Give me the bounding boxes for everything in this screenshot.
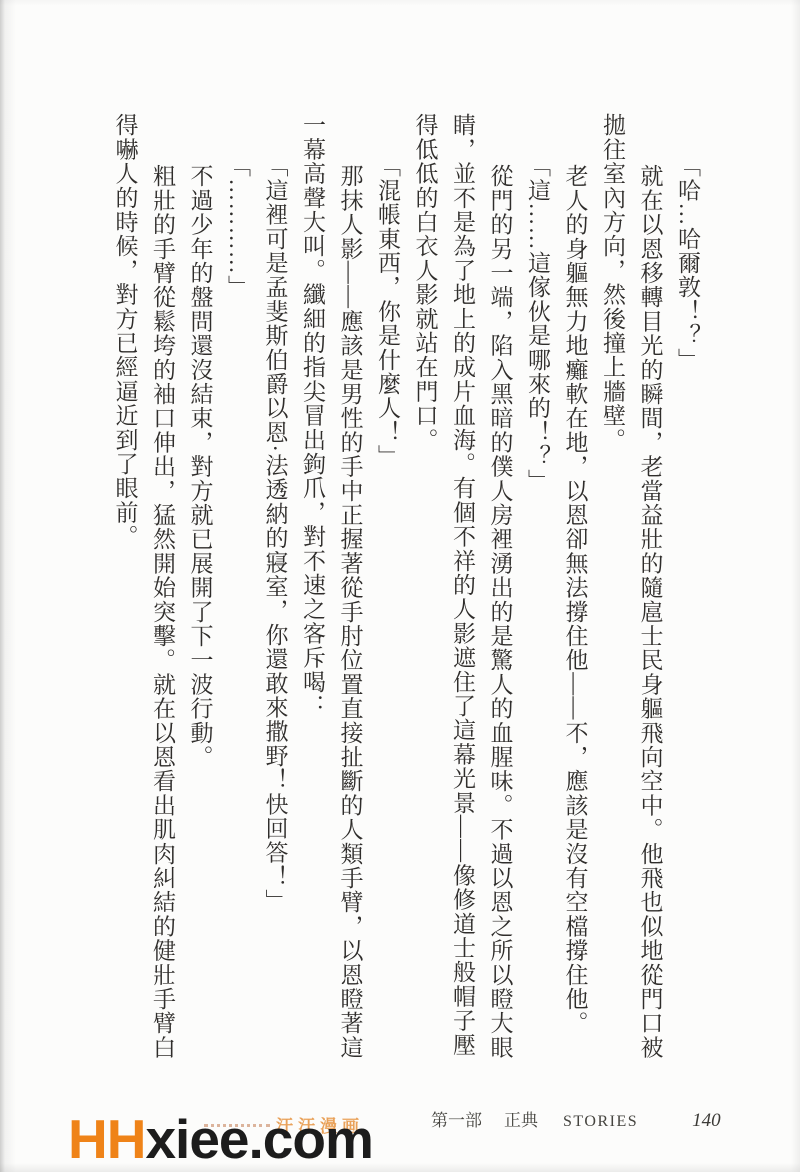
text-column: 那抹人影——應該是男性的手中正握著從手肘位置直接扯斷的人類手臂，以恩瞪著這: [331, 113, 369, 1061]
text-column: 「混帳東西，你是什麼人！」: [369, 113, 407, 1061]
text-column: 得嚇人的時候，對方已經逼近到了眼前。: [106, 113, 144, 1061]
text-column: 「…………」: [219, 113, 257, 1061]
text-column: 就在以恩移轉目光的瞬間，老當益壯的隨扈士民身軀飛向空中。他飛也似地從門口被: [631, 113, 669, 1061]
footer-part-label: 第一部: [431, 1106, 482, 1131]
text-column: 老人的身軀無力地癱軟在地，以恩卻無法撐住他——不，應該是沒有空檔撐住他。: [556, 113, 594, 1061]
text-column: 一幕高聲大叫。纖細的指尖冒出鉤爪，對不速之客斥喝：: [294, 113, 332, 1061]
footer-section-label: 正典: [504, 1106, 538, 1131]
footer-series-label: STORIES: [563, 1113, 638, 1131]
text-column: 「哈…哈爾敦！？」: [669, 113, 707, 1061]
book-page: 「哈…哈爾敦！？」 就在以恩移轉目光的瞬間，老當益壯的隨扈士民身軀飛向空中。他飛…: [0, 0, 800, 1172]
text-column: 粗壯的手臂從鬆垮的袖口伸出，猛然開始突擊。就在以恩看出肌肉糾結的健壯手臂白: [144, 113, 182, 1061]
watermark-logo: HHxiee.com: [68, 1112, 373, 1167]
vertical-text-body: 「哈…哈爾敦！？」 就在以恩移轉目光的瞬間，老當益壯的隨扈士民身軀飛向空中。他飛…: [106, 113, 706, 1061]
text-column: 得低低的白衣人影就站在門口。: [406, 113, 444, 1061]
watermark-logo-prefix: HH: [68, 1108, 145, 1170]
text-column: 拋往室內方向，然後撞上牆壁。: [594, 113, 632, 1061]
page-footer: 第一部 正典 STORIES 140: [431, 1106, 721, 1132]
text-column: 不過少年的盤問還沒結束，對方就已展開了下一波行動。: [181, 113, 219, 1061]
text-column: 「這……這傢伙是哪來的！？」: [519, 113, 557, 1061]
watermark-logo-suffix: xiee.com: [145, 1108, 372, 1170]
page-number: 140: [692, 1110, 721, 1132]
text-column: 從門的另一端，陷入黑暗的僕人房裡湧出的是驚人的血腥味。不過以恩之所以瞪大眼: [481, 113, 519, 1061]
text-column: 睛，並不是為了地上的成片血海。有個不祥的人影遮住了這幕光景——像修道士般帽子壓: [444, 113, 482, 1061]
text-column: 「這裡可是孟斐斯伯爵以恩·法透納的寢室，你還敢來撒野！快回答！」: [256, 113, 294, 1061]
